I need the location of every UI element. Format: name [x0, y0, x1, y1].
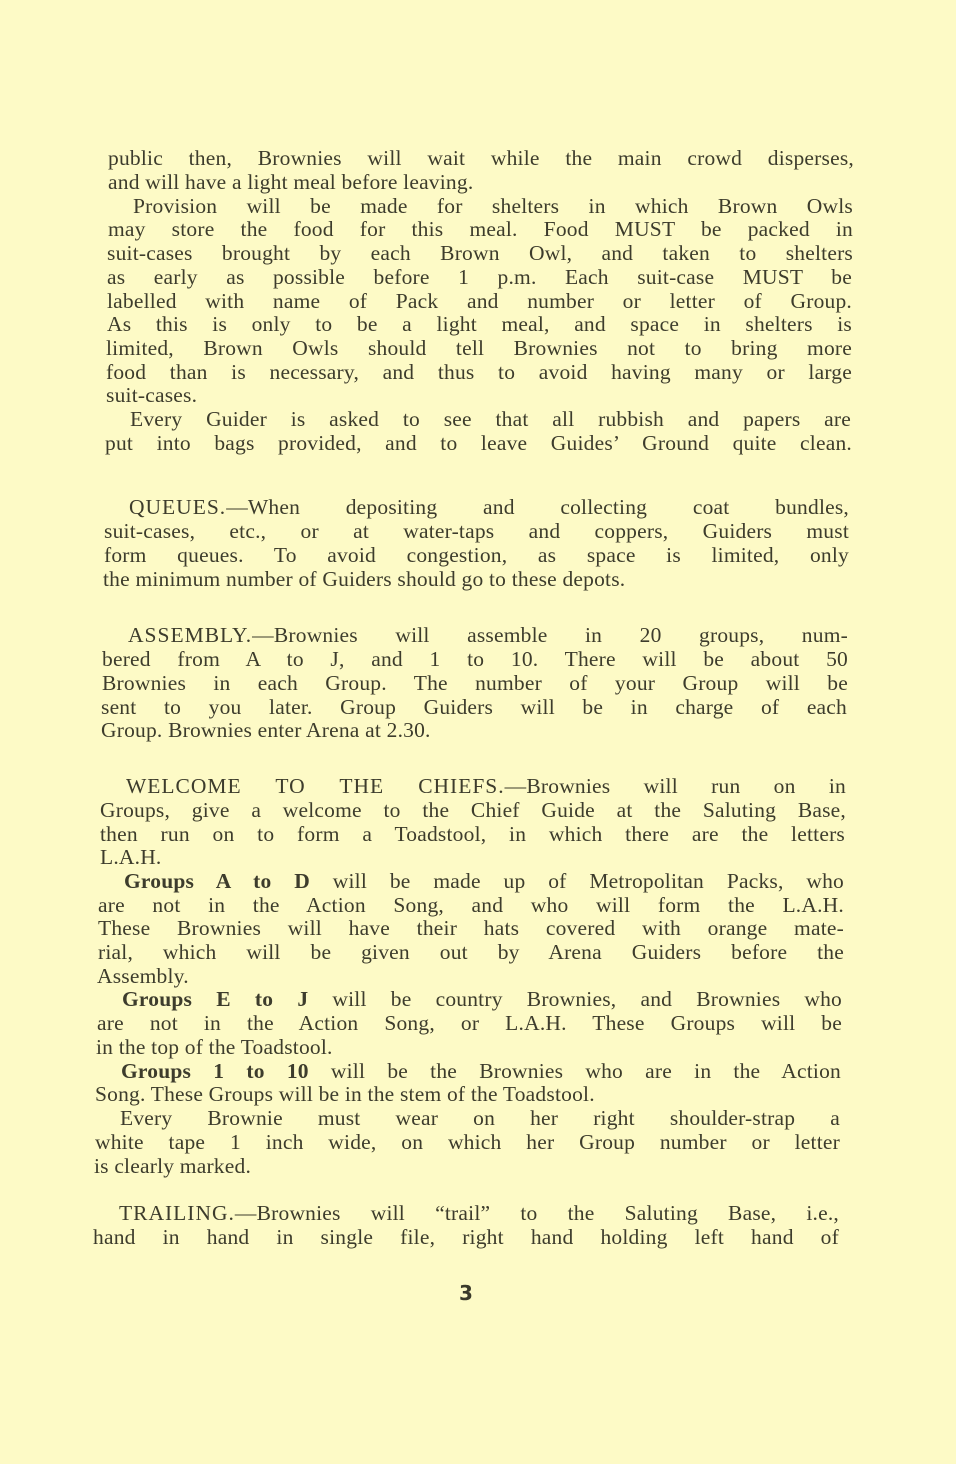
body-line: Every Brownie must wear on her right sho…	[120, 1106, 840, 1130]
body-line: is clearly marked.	[94, 1154, 839, 1178]
section-queues-first-line: QUEUES.—When depositing and collecting c…	[129, 495, 849, 519]
body-line: labelled with name of Pack and number or…	[107, 289, 852, 313]
body-line: are not in the Action Song, and who will…	[98, 893, 844, 917]
body-text: —Brownies will run on in	[505, 774, 846, 798]
body-line: bered from A to J, and 1 to 10. There wi…	[102, 647, 848, 671]
body-line: Every Guider is asked to see that all ru…	[130, 407, 851, 431]
body-line: the minimum number of Guiders should go …	[103, 567, 848, 591]
section-assembly-first-line: ASSEMBLY.—Brownies will assemble in 20 g…	[128, 623, 848, 647]
body-line: white tape 1 inch wide, on which her Gro…	[95, 1130, 840, 1154]
body-line: rial, which will be given out by Arena G…	[98, 940, 844, 964]
body-line: as early as possible before 1 p.m. Each …	[107, 265, 852, 289]
body-line: sent to you later. Group Guiders will be…	[101, 695, 847, 719]
body-line: These Brownies will have their hats cove…	[98, 916, 844, 940]
body-line: put into bags provided, and to leave Gui…	[105, 431, 852, 455]
section-heading-assembly: ASSEMBLY.	[128, 623, 252, 647]
body-line: Provision will be made for shelters in w…	[133, 194, 853, 218]
section-trailing-first-line: TRAILING.—Brownies will “trail” to the S…	[119, 1201, 839, 1225]
body-line: limited, Brown Owls should tell Brownies…	[106, 336, 852, 360]
body-text: will be made up of Metropolitan Packs, w…	[310, 869, 844, 893]
body-line: in the top of the Toadstool.	[96, 1035, 841, 1059]
groups-a-d-first-line: Groups A to D will be made up of Metropo…	[124, 869, 844, 893]
body-text: —When depositing and collecting coat bun…	[226, 495, 849, 519]
body-line: Song. These Groups will be in the stem o…	[95, 1082, 840, 1106]
groups-a-d-lead: Groups A to D	[124, 869, 310, 893]
body-text: —Brownies will assemble in 20 groups, nu…	[252, 623, 848, 647]
body-line: Brownies in each Group. The number of yo…	[102, 671, 848, 695]
body-text: —Brownies will “trail” to the Saluting B…	[235, 1201, 839, 1225]
body-line: suit-cases brought by each Brown Owl, an…	[107, 241, 853, 265]
body-line: then run on to form a Toadstool, in whic…	[100, 822, 845, 846]
body-line: hand in hand in single file, right hand …	[93, 1225, 839, 1249]
groups-1-10-lead: Groups 1 to 10	[121, 1059, 309, 1083]
body-line: suit-cases.	[106, 383, 852, 407]
section-heading-trailing: TRAILING.	[119, 1201, 235, 1225]
groups-e-j-lead: Groups E to J	[122, 987, 308, 1011]
body-line: food than is necessary, and thus to avoi…	[106, 360, 852, 384]
body-line: Group. Brownies enter Arena at 2.30.	[101, 718, 847, 742]
body-line: suit-cases, etc., or at water-taps and c…	[104, 519, 849, 543]
body-line: are not in the Action Song, or L.A.H. Th…	[97, 1011, 842, 1035]
page-number: 3	[459, 1281, 473, 1305]
section-welcome-first-line: WELCOME TO THE CHIEFS.—Brownies will run…	[126, 774, 846, 798]
section-heading-queues: QUEUES.	[129, 495, 226, 519]
body-text: will be country Brownies, and Brownies w…	[308, 987, 842, 1011]
body-line: Groups, give a welcome to the Chief Guid…	[100, 798, 846, 822]
groups-e-j-first-line: Groups E to J will be country Brownies, …	[122, 987, 842, 1011]
body-line: Assembly.	[97, 964, 843, 988]
body-line: and will have a light meal before leavin…	[108, 170, 854, 194]
section-heading-welcome: WELCOME TO THE CHIEFS.	[126, 774, 505, 798]
body-line: public then, Brownies will wait while th…	[108, 146, 854, 170]
body-line: As this is only to be a light meal, and …	[107, 312, 852, 336]
body-line: form queues. To avoid congestion, as spa…	[104, 543, 849, 567]
document-page: public then, Brownies will wait while th…	[0, 0, 956, 1464]
body-line: L.A.H.	[100, 845, 845, 869]
body-line: may store the food for this meal. Food M…	[108, 217, 853, 241]
body-text: will be the Brownies who are in the Acti…	[309, 1059, 841, 1083]
groups-1-10-first-line: Groups 1 to 10 will be the Brownies who …	[121, 1059, 841, 1083]
